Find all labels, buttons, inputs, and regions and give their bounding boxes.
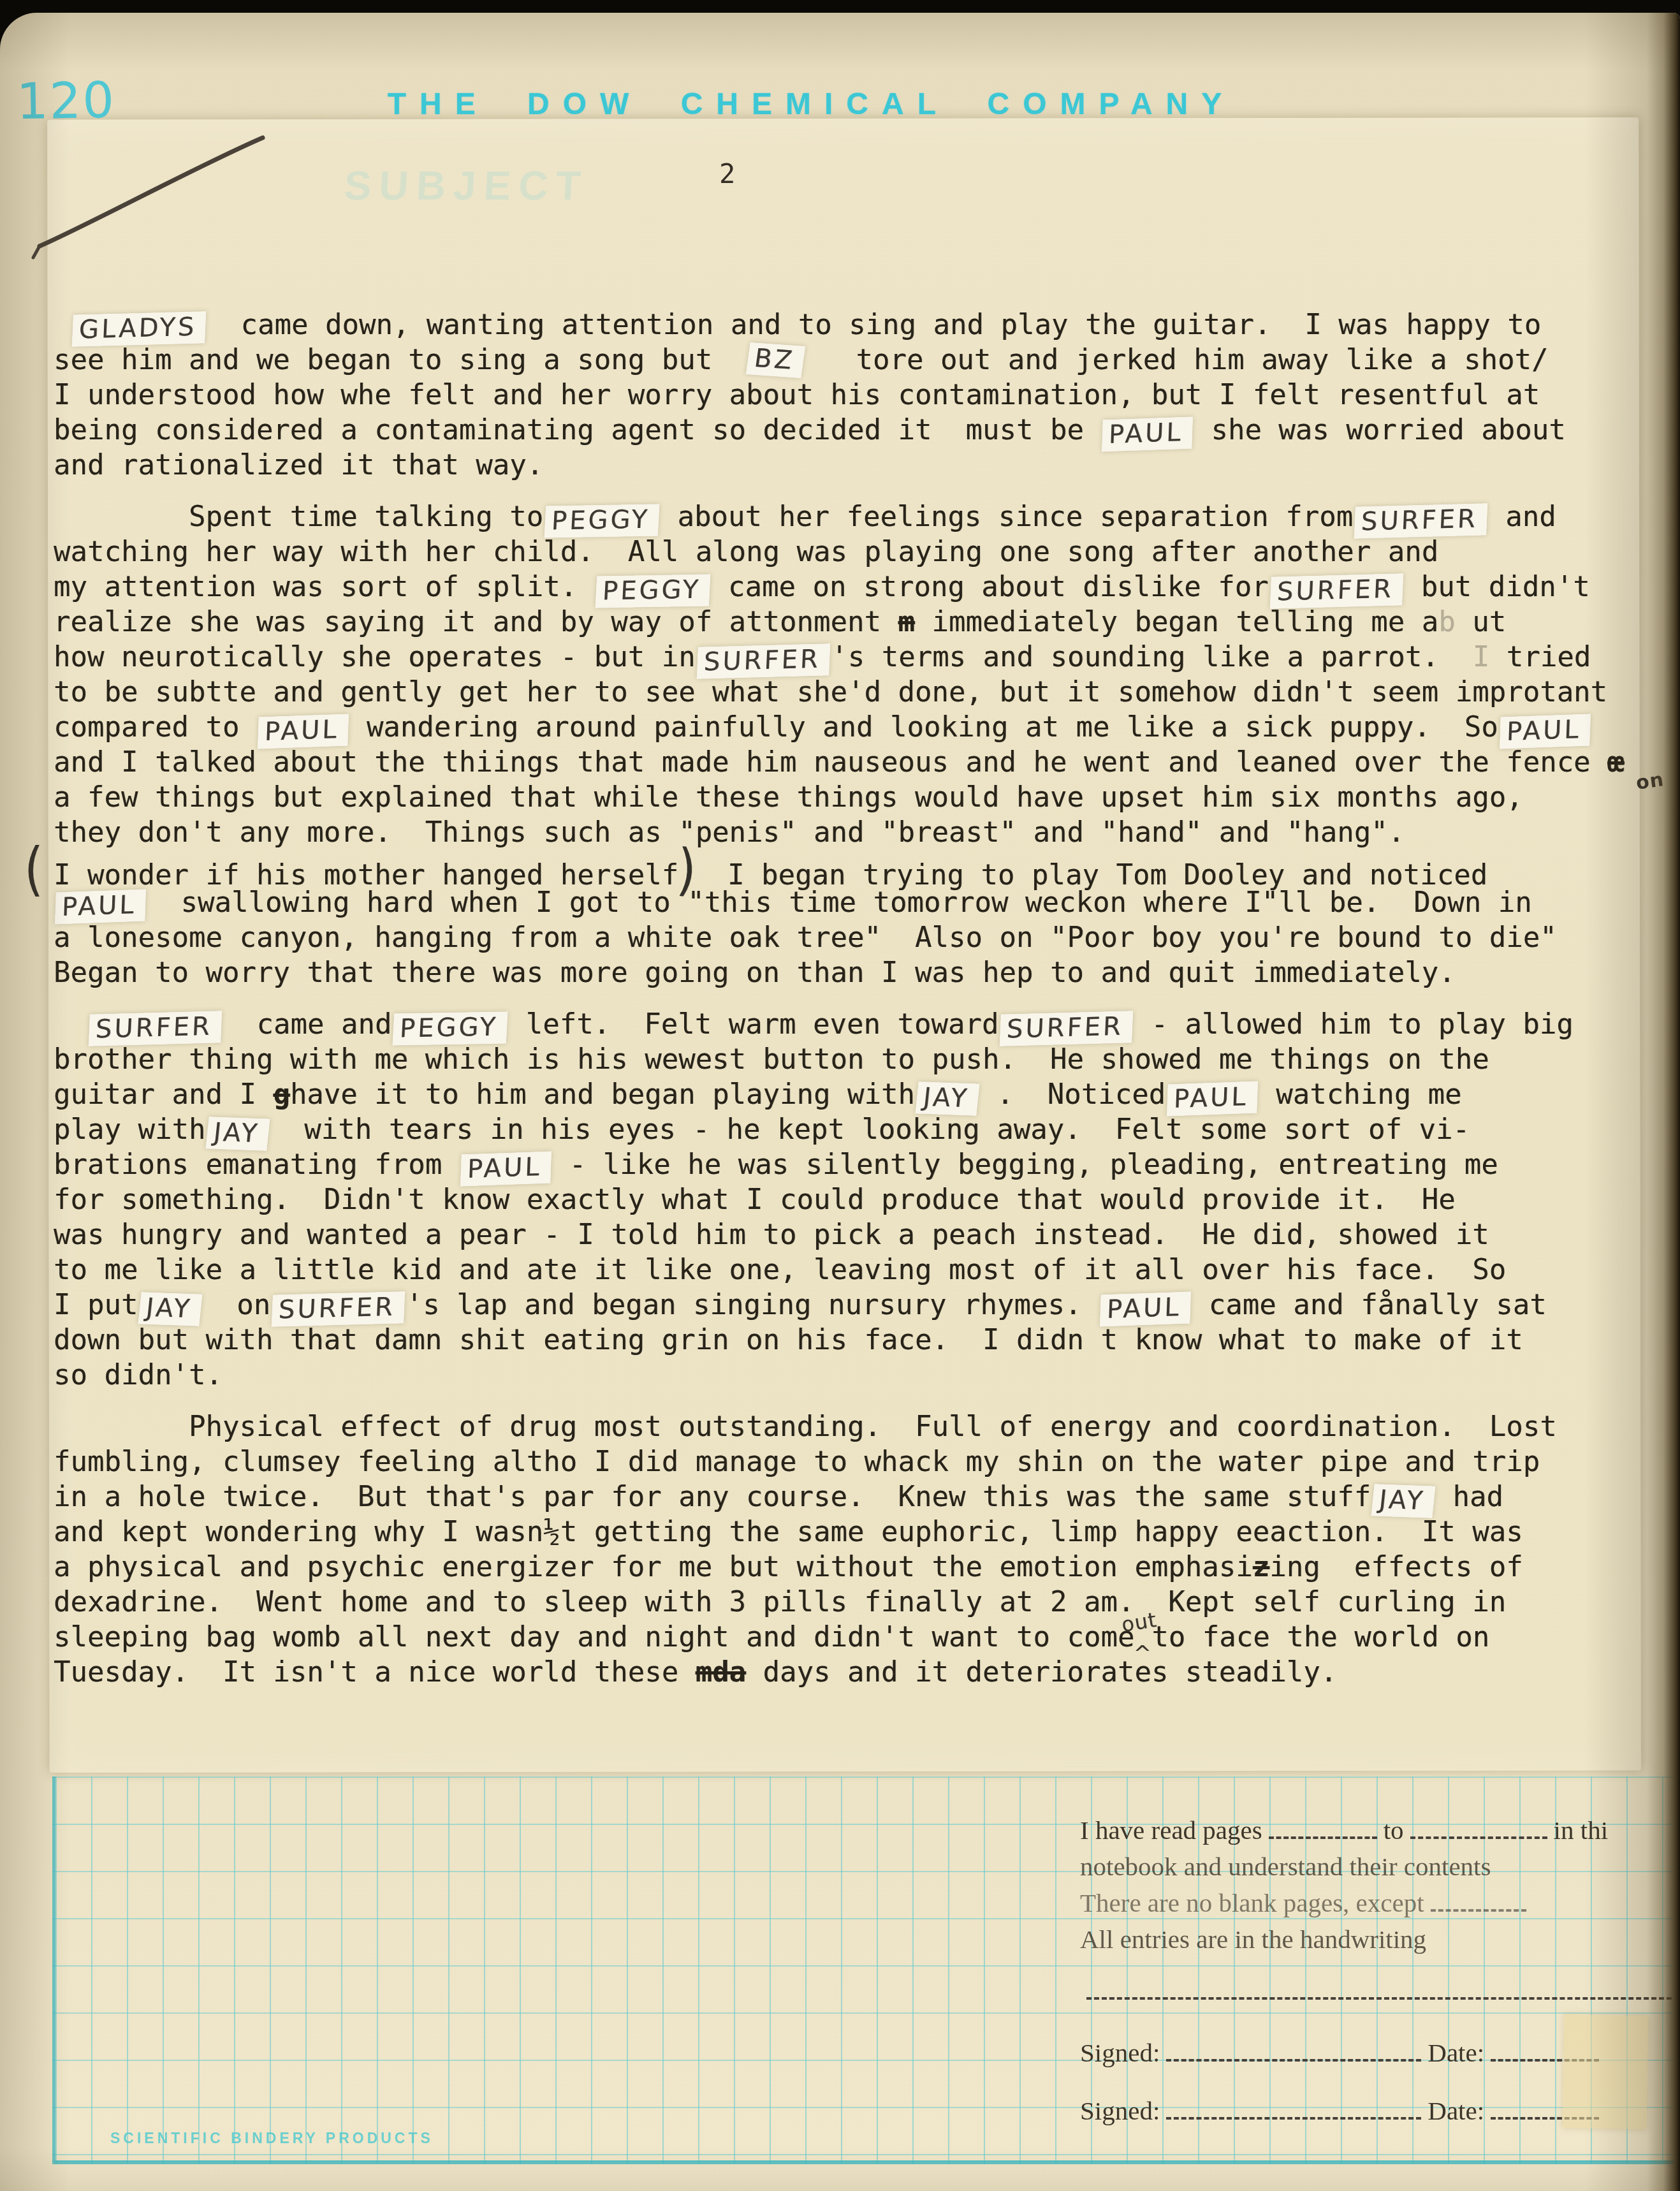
typed-line: a few things but explained that while th… [54, 780, 1676, 815]
typed-text: I understood how whe felt and her worry … [54, 379, 1540, 411]
typed-line: I understood how whe felt and her worry … [54, 377, 1676, 413]
typed-line: was hungry and wanted a pear - I told hi… [54, 1217, 1676, 1252]
typed-text: being considered a contaminating agent s… [54, 414, 1100, 446]
typed-text: Signed: [1080, 2096, 1160, 2125]
overstruck-text: m [898, 606, 916, 638]
typed-text: fumbling, clumsey feeling altho I did ma… [54, 1446, 1540, 1478]
typed-line: Spent time talking toPEGGY about her fee… [54, 499, 1676, 534]
overstruck-text: œ [1607, 746, 1625, 779]
typed-text: I put [54, 1289, 138, 1321]
redacted-name-patch: SURFER [1269, 573, 1403, 608]
typed-text: ing effects of [1269, 1551, 1523, 1583]
typed-text: have it to him and began playing with [290, 1078, 915, 1111]
affidavit-row: All entries are in the handwriting [1080, 1921, 1680, 1958]
redacted-name-patch: PAUL [1500, 714, 1591, 749]
typed-text: was hungry and wanted a pear - I told hi… [54, 1219, 1489, 1251]
typed-text [54, 309, 71, 341]
typed-text: 's lap and began singing nursury rhymes. [406, 1289, 1099, 1321]
typed-paragraph: SURFER came andPEGGY left. Felt warm eve… [54, 1007, 1676, 1393]
typed-text: notebook and understand their contents [1080, 1852, 1491, 1881]
typed-line: and kept wondering why I wasn½t getting … [54, 1514, 1676, 1550]
tape-patch [1562, 2014, 1648, 2129]
typed-text: my attention was sort of split. [54, 571, 594, 603]
typed-text: she was worried about [1194, 414, 1566, 446]
affidavit-row: I have read pagestoin thi [1080, 1812, 1680, 1849]
overstruck-text: mda [696, 1656, 746, 1689]
typed-line: a lonesome canyon, hanging from a white … [54, 920, 1676, 955]
typed-text: came and fånally sat [1192, 1289, 1546, 1321]
typed-line: down but with that damn shit eating grin… [54, 1323, 1676, 1358]
typed-line: compared to PAUL wandering around painfu… [54, 710, 1676, 745]
typed-text: Spent time talking to [54, 501, 543, 533]
pen-stroke-mark [26, 121, 293, 268]
typed-text: came down, wanting attention and to sing… [207, 309, 1542, 341]
typed-text: 's terms and sounding like a parrot. [831, 641, 1473, 673]
typed-text: had [1436, 1481, 1503, 1513]
typed-text: - like he was silently begging, pleading… [552, 1148, 1498, 1181]
letterhead-title: THE DOW CHEMICAL COMPANY [0, 87, 1623, 122]
typed-text: tore out and jerked him away like a shot… [805, 344, 1549, 376]
typed-text: All entries are in the handwriting [1080, 1924, 1426, 1954]
redacted-name-patch: PAUL [258, 714, 349, 749]
dashed-blank-line [1166, 2099, 1421, 2120]
typed-text: immediately began telling me a [915, 606, 1438, 638]
typed-text: left. Felt warm even toward [509, 1008, 998, 1041]
typed-text: tried [1489, 641, 1591, 673]
typed-text: to be subtte and gently get her to see w… [54, 676, 1607, 708]
typed-line: guitar and I ghave it to him and began p… [54, 1077, 1676, 1112]
typed-line: I putJAY onSURFER's lap and began singin… [54, 1287, 1676, 1323]
redacted-name-patch: SURFER [272, 1291, 405, 1326]
typed-line: play withJAY with tears in his eyes - he… [54, 1112, 1676, 1147]
typed-paragraph: Physical effect of drug most outstanding… [54, 1409, 1676, 1690]
typed-line: being considered a contaminating agent s… [54, 413, 1676, 448]
typed-text: Date: [1428, 2096, 1484, 2125]
typed-text: about her feelings since separation from [661, 501, 1353, 533]
typed-line: dexadrine. Went home and to sleep with 3… [54, 1585, 1676, 1620]
redacted-name-patch: SURFER [1354, 503, 1487, 538]
typed-text: wandering around painfully and looking a… [349, 711, 1498, 744]
redacted-name-patch: PEGGY [595, 574, 710, 608]
affidavit-row [1080, 1973, 1680, 2009]
typed-line: SURFER came andPEGGY left. Felt warm eve… [54, 1007, 1676, 1042]
typed-text: in a hole twice. But that's par for any … [54, 1481, 1371, 1513]
typed-line: PAUL swallowing hard when I got to "this… [54, 885, 1676, 920]
typed-text: and kept wondering why I wasn½t getting … [54, 1516, 1523, 1548]
typed-text: and [1489, 501, 1556, 533]
typed-text: to face the world on [1151, 1621, 1489, 1653]
faded-text: I [1473, 641, 1490, 673]
ghost-bleedthrough-text: SUBJECT [343, 162, 590, 209]
handwritten-paren-close-icon: ) [676, 849, 694, 890]
typed-line: they don't any more. Things such as "pen… [54, 815, 1676, 850]
dashed-blank-line [1410, 1818, 1547, 1839]
redacted-name-patch: JAY [1371, 1484, 1436, 1518]
dashed-blank-line [1431, 1891, 1526, 1912]
redacted-name-patch: PAUL [460, 1152, 551, 1187]
typed-journal-text: GLADYS came down, wanting attention and … [54, 307, 1676, 1706]
typed-text: and I talked about the thiings that made… [54, 746, 1607, 779]
notebook-paper: SUBJECT 120 THE DOW CHEMICAL COMPANY 2 G… [0, 13, 1680, 2191]
typed-text: I have read pages [1080, 1815, 1262, 1845]
typed-text: ut [1456, 606, 1506, 638]
typed-line: GLADYS came down, wanting attention and … [54, 307, 1676, 342]
redacted-name-patch: PEGGY [544, 504, 660, 538]
redacted-name-patch: JAY [206, 1117, 270, 1150]
typed-line: (I wonder if his mother hanged herself) … [54, 850, 1676, 885]
affidavit-row: notebook and understand their contents [1080, 1849, 1680, 1885]
redacted-name-patch: PAUL [1100, 1292, 1191, 1327]
typed-text: compared to [54, 711, 256, 744]
typed-text: Began to worry that there was more going… [54, 956, 1456, 989]
redacted-name-patch: SURFER [89, 1011, 222, 1046]
typed-line: to me like a little kid and ate it like … [54, 1252, 1676, 1287]
typed-line: to be subtte and gently get her to see w… [54, 675, 1676, 710]
typed-text: with tears in his eyes - he kept looking… [270, 1113, 1470, 1146]
typed-text: so didn't. [54, 1359, 223, 1391]
typed-paragraph: GLADYS came down, wanting attention and … [54, 307, 1676, 483]
typed-line: Began to worry that there was more going… [54, 955, 1676, 990]
bindery-products-label: SCIENTIFIC BINDERY PRODUCTS [110, 2130, 434, 2147]
typed-text: brother thing with me which is his wewes… [54, 1043, 1489, 1076]
typed-text: realize she was saying it and by way of … [54, 606, 898, 638]
typed-text: brations emanating from [54, 1148, 459, 1181]
typed-text: a few things but explained that while th… [54, 781, 1523, 814]
typed-text: came and [223, 1008, 392, 1041]
typed-text: Physical effect of drug most outstanding… [54, 1411, 1557, 1443]
redacted-name-patch: SURFER [1000, 1011, 1133, 1046]
typed-text: days and it deteriorates steadily. [746, 1656, 1337, 1689]
typed-text: on [203, 1289, 270, 1321]
typed-line: so didn't. [54, 1358, 1676, 1393]
redacted-name-patch: JAY [916, 1081, 980, 1115]
typed-text: Tuesday. It isn't a nice world these [54, 1656, 696, 1689]
typed-text: There are no blank pages, except [1080, 1888, 1424, 1917]
typed-line: a physical and psychic energizer for me … [54, 1550, 1676, 1585]
typed-text: dexadrine. Went home and to sleep with 3… [54, 1586, 1506, 1618]
dashed-blank-line [1086, 1979, 1679, 2000]
redacted-name-patch: SURFER [696, 643, 829, 678]
scanned-notebook-page: SUBJECT 120 THE DOW CHEMICAL COMPANY 2 G… [0, 0, 1680, 2191]
typed-line: see him and we began to sing a song but … [54, 342, 1676, 377]
typed-line: watching her way with her child. All alo… [54, 534, 1676, 569]
typed-line: in a hole twice. But that's par for any … [54, 1479, 1676, 1514]
caret-icon: ^ [1133, 1637, 1151, 1672]
typed-line: Tuesday. It isn't a nice world these mda… [54, 1655, 1676, 1690]
typed-line: Physical effect of drug most outstanding… [54, 1409, 1676, 1444]
typed-text: . Noticed [980, 1078, 1165, 1111]
typed-text: and rationalized it that way. [54, 449, 543, 481]
typed-text: guitar and I [54, 1078, 273, 1111]
typed-text: watching her way with her child. All alo… [54, 536, 1438, 568]
overstruck-text: g [273, 1078, 290, 1111]
typed-text: play with [54, 1113, 205, 1146]
typed-line: fumbling, clumsey feeling altho I did ma… [54, 1444, 1676, 1479]
typed-line: and rationalized it that way. [54, 448, 1676, 483]
typed-text: Signed: [1080, 2038, 1160, 2067]
typed-page-number: 2 [719, 158, 735, 189]
typed-line: and I talked about the thiings that made… [54, 745, 1676, 780]
typed-line: brother thing with me which is his wewes… [54, 1042, 1676, 1077]
typed-text: in thi [1554, 1815, 1608, 1845]
typed-text: watching me [1259, 1078, 1462, 1111]
redacted-name-patch: BZ [746, 342, 805, 378]
redacted-name-patch: PEGGY [393, 1011, 508, 1045]
redacted-name-patch: PAUL [1102, 417, 1193, 452]
overstruck-text: z [1253, 1551, 1270, 1583]
typed-text: how neurotically she operates - but in [54, 641, 696, 673]
typed-text: see him and we began to sing a song but [54, 344, 746, 376]
typed-text [54, 1008, 87, 1041]
typed-text: sleeping bag womb all next day and night… [54, 1621, 1134, 1653]
typed-text: came on strong about dislike for [712, 571, 1269, 603]
typed-line: realize she was saying it and by way of … [54, 605, 1676, 640]
typed-line: brations emanating from PAUL - like he w… [54, 1147, 1676, 1182]
dashed-blank-line [1166, 2041, 1421, 2062]
margin-handwritten-correction: on [1635, 768, 1665, 795]
faded-text: b [1438, 606, 1456, 638]
typed-text: but didn't [1404, 571, 1589, 603]
typed-text: down but with that damn shit eating grin… [54, 1324, 1523, 1356]
typed-line: sleeping bag womb all next day and night… [54, 1620, 1676, 1655]
typed-text: Date: [1428, 2038, 1484, 2067]
affidavit-row: There are no blank pages, except [1080, 1885, 1680, 1921]
typed-text: a physical and psychic energizer for me … [54, 1551, 1253, 1583]
redacted-name-patch: PAUL [1167, 1081, 1258, 1117]
typed-text: to [1384, 1815, 1404, 1845]
typed-text: they don't any more. Things such as "pen… [54, 816, 1405, 849]
typed-line: my attention was sort of split. PEGGY ca… [54, 569, 1676, 605]
inserted-word-annotation: out^ [1134, 1623, 1151, 1655]
typed-text: swallowing hard when I got to "this time… [147, 886, 1532, 919]
redacted-name-patch: GLADYS [71, 311, 205, 346]
typed-text: to me like a little kid and ate it like … [54, 1254, 1506, 1286]
typed-line: how neurotically she operates - but inSU… [54, 640, 1676, 675]
typed-text: - allowed him to play big [1134, 1008, 1574, 1041]
redacted-name-patch: PAUL [55, 890, 146, 925]
typed-text: for something. Didn't know exactly what … [54, 1183, 1456, 1216]
typed-text: a lonesome canyon, hanging from a white … [54, 921, 1557, 954]
dashed-blank-line [1269, 1818, 1377, 1839]
redacted-name-patch: JAY [138, 1292, 203, 1326]
typed-paragraph: Spent time talking toPEGGY about her fee… [54, 499, 1676, 990]
typed-line: for something. Didn't know exactly what … [54, 1182, 1676, 1217]
